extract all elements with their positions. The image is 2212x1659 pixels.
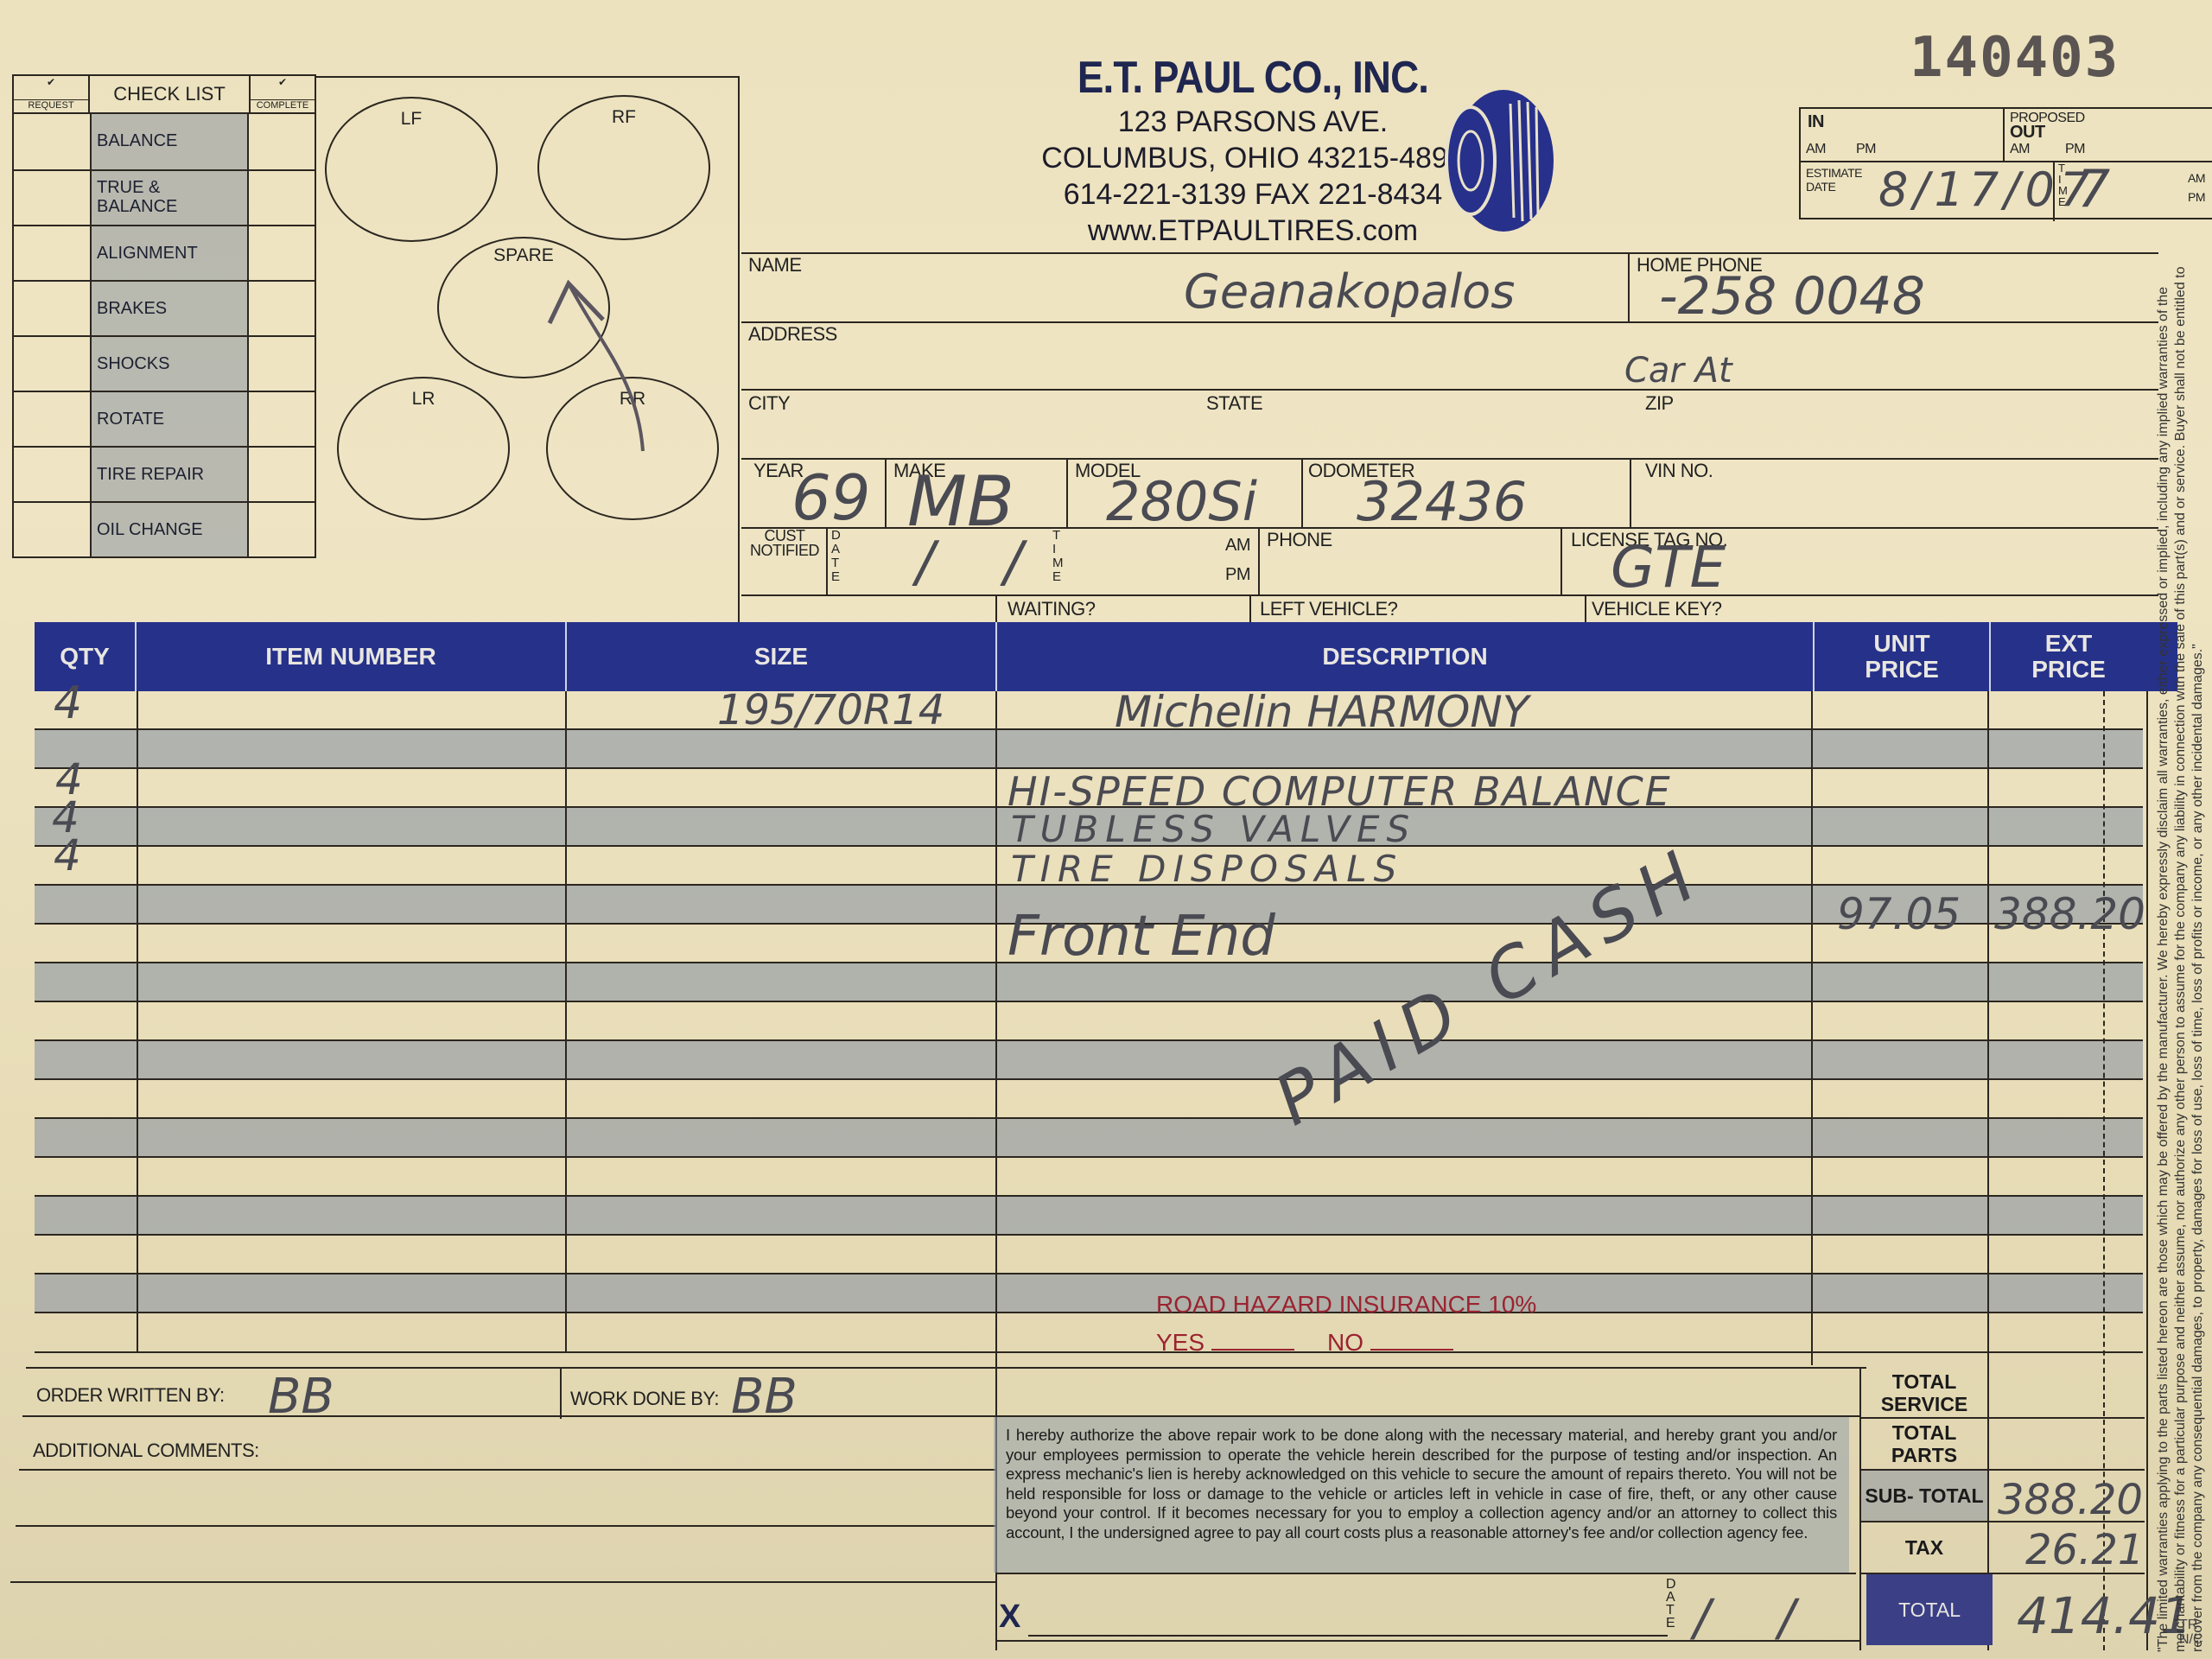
company-name: E.T. PAUL CO., INC. bbox=[987, 52, 1519, 104]
rotation-arrow-icon bbox=[316, 78, 740, 624]
home-phone-field[interactable]: -258 0048 bbox=[1659, 266, 1925, 327]
state-label: STATE bbox=[1206, 392, 1262, 415]
table-row bbox=[35, 963, 2143, 1002]
row-5-unit-price[interactable]: 97.05 bbox=[1837, 893, 1961, 935]
order-written-by-field[interactable]: BB bbox=[268, 1369, 334, 1425]
row-1-size[interactable]: 195/70R14 bbox=[717, 690, 944, 731]
subtotal-value[interactable]: 388.20 bbox=[1998, 1479, 2143, 1521]
col-qty-header: QTY bbox=[35, 622, 137, 691]
complete-header: ✔ COMPLETE bbox=[249, 76, 315, 114]
table-row bbox=[35, 730, 2143, 769]
work-done-by-label: WORK DONE BY: bbox=[570, 1388, 719, 1410]
row-1-description[interactable]: Michelin HARMONY bbox=[1115, 691, 1529, 733]
col-description-header: DESCRIPTION bbox=[997, 622, 1815, 691]
year-field[interactable]: 69 bbox=[791, 461, 871, 534]
check-icon: ✔ bbox=[14, 76, 88, 88]
checklist-item-brakes[interactable]: BRAKES bbox=[97, 299, 167, 318]
out-label: OUT bbox=[2010, 123, 2045, 143]
cust-notified-label: CUSTNOTIFIED bbox=[750, 529, 819, 558]
service-checklist: ✔ REQUEST CHECK LIST ✔ COMPLETE BALANCE … bbox=[12, 74, 316, 558]
notified-date-field[interactable]: / / bbox=[916, 531, 1048, 594]
vin-label: VIN NO. bbox=[1645, 460, 1713, 482]
table-row bbox=[35, 691, 2143, 730]
table-row bbox=[35, 1313, 2143, 1353]
odometer-field[interactable]: 32436 bbox=[1357, 470, 1527, 533]
table-row bbox=[35, 1041, 2143, 1080]
corner-code: TRN/C bbox=[2179, 1618, 2203, 1647]
warranty-text-line1: "The limited warranties applying to the … bbox=[2155, 287, 2172, 1652]
in-label: IN bbox=[1808, 112, 1824, 132]
order-written-by-label: ORDER WRITTEN BY: bbox=[36, 1384, 225, 1407]
checklist-item-shocks[interactable]: SHOCKS bbox=[97, 354, 169, 373]
checklist-item-oil-change[interactable]: OIL CHANGE bbox=[97, 520, 203, 539]
checklist-item-balance[interactable]: BALANCE bbox=[97, 131, 177, 150]
table-row bbox=[35, 1274, 2143, 1313]
vehicle-key-label[interactable]: VEHICLE KEY? bbox=[1592, 598, 1722, 620]
address-field[interactable]: Car At bbox=[1624, 351, 1732, 391]
customer-name-field[interactable]: Geanakopalos bbox=[1184, 264, 1515, 319]
checklist-item-tire-repair[interactable]: TIRE REPAIR bbox=[97, 465, 204, 484]
tire-icon bbox=[1441, 86, 1555, 235]
estimate-time-value[interactable]: 7 bbox=[2077, 159, 2110, 219]
col-item-number-header: ITEM NUMBER bbox=[137, 622, 567, 691]
warranty-text-line2: merchantability or fitness for a particu… bbox=[2172, 266, 2190, 1652]
total-parts-label: TOTAL PARTS bbox=[1861, 1419, 1987, 1469]
tax-label: TAX bbox=[1861, 1522, 1987, 1573]
table-row bbox=[35, 1158, 2143, 1197]
time-box: IN AM PM PROPOSED OUT AM PM ESTIMATE DAT… bbox=[1799, 107, 2212, 219]
total-service-label: TOTAL SERVICE bbox=[1861, 1369, 1987, 1417]
row-2-description[interactable]: HI-SPEED COMPUTER BALANCE bbox=[1007, 771, 1672, 812]
row-5-description[interactable]: Front End bbox=[1007, 916, 1275, 957]
signature-line[interactable] bbox=[1028, 1635, 1668, 1637]
zip-label: ZIP bbox=[1645, 392, 1674, 415]
model-field[interactable]: 280Si bbox=[1106, 470, 1257, 533]
table-row bbox=[35, 1197, 2143, 1236]
warranty-text-line3: recover from the company any consequenti… bbox=[2190, 644, 2207, 1652]
row-4-description[interactable]: TIRE DISPOSALS bbox=[1011, 849, 1403, 890]
phone-label: PHONE bbox=[1267, 529, 1332, 551]
work-order-form: 140403 E.T. PAUL CO., INC. 123 PARSONS A… bbox=[0, 0, 2212, 1659]
table-row bbox=[35, 1119, 2143, 1158]
left-vehicle-label[interactable]: LEFT VEHICLE? bbox=[1260, 598, 1397, 620]
row-5-ext-price[interactable]: 388.20 bbox=[1994, 893, 2145, 935]
address-label: ADDRESS bbox=[748, 323, 837, 346]
checklist-item-rotate[interactable]: ROTATE bbox=[97, 410, 164, 429]
tax-value[interactable]: 26.21 bbox=[2025, 1529, 2144, 1571]
tire-position-diagram: LF RF SPARE LR RR bbox=[316, 76, 740, 622]
checklist-title: CHECK LIST bbox=[90, 76, 249, 114]
name-label: NAME bbox=[748, 254, 802, 276]
check-icon: ✔ bbox=[251, 76, 315, 88]
col-ext-price-header: EXTPRICE bbox=[1991, 622, 2146, 691]
waiting-label[interactable]: WAITING? bbox=[1007, 598, 1096, 620]
signature-x: X bbox=[999, 1599, 1020, 1636]
road-hazard-label: ROAD HAZARD INSURANCE 10% bbox=[1156, 1291, 1536, 1319]
subtotal-label: SUB- TOTAL bbox=[1861, 1471, 1987, 1521]
road-hazard-yes[interactable]: YES bbox=[1156, 1329, 1294, 1357]
work-done-by-field[interactable]: BB bbox=[731, 1369, 798, 1425]
table-row bbox=[35, 1002, 2143, 1041]
city-label: CITY bbox=[748, 392, 790, 415]
total-label: TOTAL bbox=[1866, 1574, 1993, 1645]
checklist-item-alignment[interactable]: ALIGNMENT bbox=[97, 244, 198, 263]
col-size-header: SIZE bbox=[567, 622, 997, 691]
additional-comments-label[interactable]: ADDITIONAL COMMENTS: bbox=[33, 1440, 259, 1462]
request-header: ✔ REQUEST bbox=[14, 76, 90, 114]
row-1-qty[interactable]: 4 bbox=[54, 683, 82, 724]
signature-date-field[interactable]: / / bbox=[1694, 1588, 1821, 1647]
row-3-description[interactable]: TUBLESS VALVES bbox=[1011, 809, 1416, 850]
row-4-qty[interactable]: 4 bbox=[54, 835, 81, 876]
table-row bbox=[35, 1236, 2143, 1274]
road-hazard-no[interactable]: NO bbox=[1327, 1329, 1453, 1357]
authorization-text: I hereby authorize the above repair work… bbox=[994, 1417, 1849, 1573]
table-row bbox=[35, 1080, 2143, 1119]
serial-number: 140403 bbox=[1910, 26, 2120, 90]
col-unit-price-header: UNITPRICE bbox=[1815, 622, 1991, 691]
checklist-item-true-balance[interactable]: TRUE & BALANCE bbox=[97, 178, 175, 216]
license-field[interactable]: GTE bbox=[1611, 534, 1726, 601]
